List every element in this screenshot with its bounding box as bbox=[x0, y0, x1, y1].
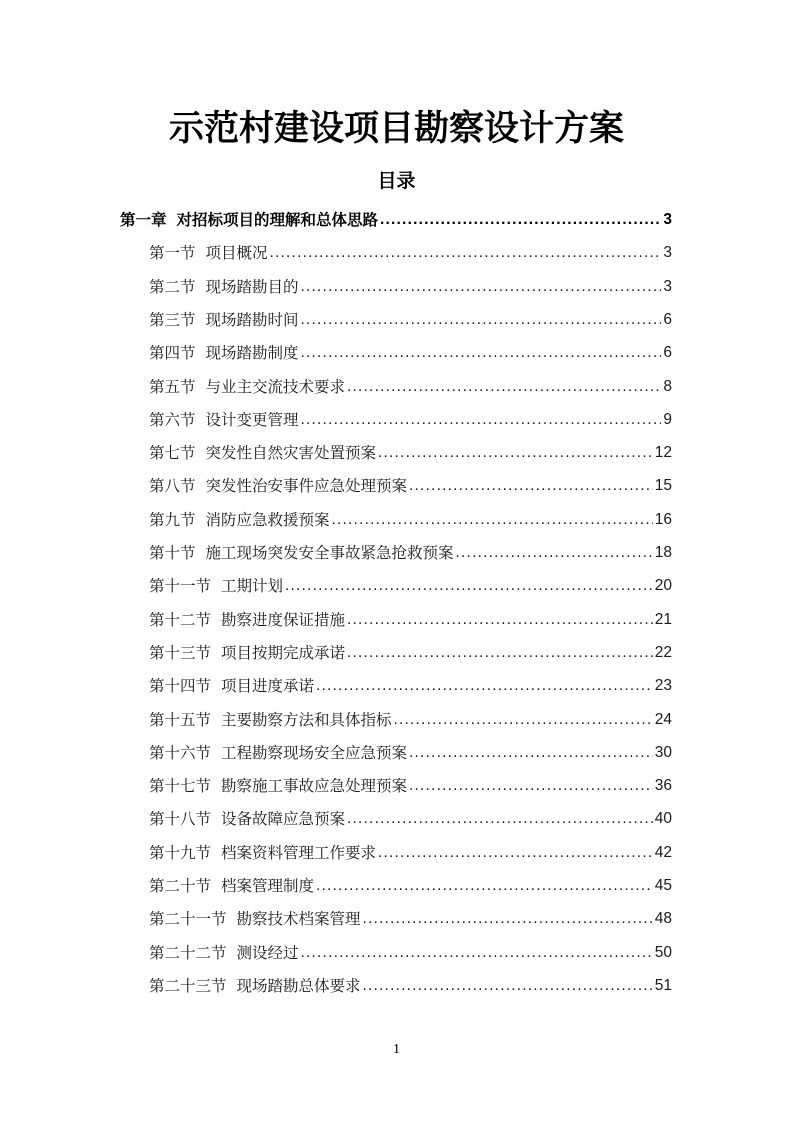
toc-section-number: 第十五节 bbox=[149, 705, 211, 735]
toc-section-entry[interactable]: 第十九节档案资料管理工作要求 42 bbox=[149, 838, 672, 868]
toc-entry-label: 第七节突发性自然灾害处置预案 bbox=[149, 438, 376, 468]
toc-section-number: 第十三节 bbox=[149, 638, 211, 668]
toc-section-number: 第二节 bbox=[149, 272, 196, 302]
toc-page-number: 3 bbox=[663, 238, 672, 268]
toc-section-title: 档案资料管理工作要求 bbox=[221, 844, 376, 862]
toc-entry-label: 第六节设计变更管理 bbox=[149, 405, 299, 435]
toc-section-title: 与业主交流技术要求 bbox=[206, 378, 346, 396]
toc-page-number: 48 bbox=[655, 904, 672, 934]
toc-entry-label: 第一节项目概况 bbox=[149, 238, 268, 268]
toc-section-number: 第十九节 bbox=[149, 838, 211, 868]
toc-dot-leader bbox=[347, 605, 653, 635]
toc-page-number: 22 bbox=[655, 638, 672, 668]
toc-section-title: 勘察进度保证措施 bbox=[221, 611, 345, 629]
toc-section-title: 突发性自然灾害处置预案 bbox=[206, 444, 377, 462]
toc-section-title: 现场踏勘目的 bbox=[206, 278, 299, 296]
toc-section-entry[interactable]: 第二十三节现场踏勘总体要求 51 bbox=[149, 971, 672, 1001]
toc-section-title: 项目进度承诺 bbox=[221, 677, 314, 695]
toc-dot-leader bbox=[301, 305, 662, 335]
toc-section-number: 第十二节 bbox=[149, 605, 211, 635]
toc-page-number: 51 bbox=[655, 971, 672, 1001]
toc-section-title: 勘察施工事故应急处理预案 bbox=[221, 777, 407, 795]
toc-dot-leader bbox=[456, 538, 653, 568]
toc-page-number: 6 bbox=[663, 305, 672, 335]
toc-page-number: 3 bbox=[663, 272, 672, 302]
toc-section-entry[interactable]: 第二节现场踏勘目的 3 bbox=[149, 272, 672, 302]
toc-entry-label: 第一章对招标项目的理解和总体思路 bbox=[120, 205, 378, 235]
toc-dot-leader bbox=[363, 971, 653, 1001]
toc-entry-label: 第二节现场踏勘目的 bbox=[149, 272, 299, 302]
toc-entry-label: 第十五节主要勘察方法和具体指标 bbox=[149, 705, 392, 735]
toc-section-number: 第七节 bbox=[149, 438, 196, 468]
toc-section-title: 项目概况 bbox=[206, 244, 268, 262]
toc-dot-leader bbox=[285, 571, 653, 601]
toc-section-entry[interactable]: 第十四节项目进度承诺 23 bbox=[149, 671, 672, 701]
toc-section-number: 第二十二节 bbox=[149, 938, 227, 968]
toc-heading: 目录 bbox=[0, 166, 793, 196]
toc-chapter-title: 对招标项目的理解和总体思路 bbox=[177, 211, 379, 229]
toc-dot-leader bbox=[378, 838, 653, 868]
toc-section-number: 第十八节 bbox=[149, 804, 211, 834]
toc-section-number: 第十一节 bbox=[149, 571, 211, 601]
toc-page-number: 6 bbox=[663, 338, 672, 368]
toc-dot-leader bbox=[347, 804, 653, 834]
toc-section-number: 第六节 bbox=[149, 405, 196, 435]
toc-entry-label: 第十八节设备故障应急预案 bbox=[149, 804, 345, 834]
toc-section-number: 第三节 bbox=[149, 305, 196, 335]
toc-dot-leader bbox=[409, 471, 653, 501]
toc-section-entry[interactable]: 第四节现场踏勘制度 6 bbox=[149, 338, 672, 368]
toc-section-entry[interactable]: 第九节消防应急救援预案 16 bbox=[149, 505, 672, 535]
toc-entry-label: 第十九节档案资料管理工作要求 bbox=[149, 838, 376, 868]
toc-section-number: 第十六节 bbox=[149, 738, 211, 768]
toc-dot-leader bbox=[347, 638, 653, 668]
toc-section-title: 施工现场突发安全事故紧急抢救预案 bbox=[206, 544, 454, 562]
toc-dot-leader bbox=[347, 372, 661, 402]
document-page: 示范村建设项目勘察设计方案 目录 第一章对招标项目的理解和总体思路 3 第一节项… bbox=[0, 0, 793, 1122]
toc-dot-leader bbox=[332, 505, 653, 535]
toc-dot-leader bbox=[316, 871, 653, 901]
toc-section-entry[interactable]: 第八节突发性治安事件应急处理预案 15 bbox=[149, 471, 672, 501]
toc-section-title: 档案管理制度 bbox=[221, 877, 314, 895]
toc-section-number: 第二十节 bbox=[149, 871, 211, 901]
toc-dot-leader bbox=[270, 238, 662, 268]
toc-section-number: 第二十一节 bbox=[149, 904, 227, 934]
document-title: 示范村建设项目勘察设计方案 bbox=[0, 104, 793, 154]
toc-section-number: 第十四节 bbox=[149, 671, 211, 701]
toc-section-title: 消防应急救援预案 bbox=[206, 511, 330, 529]
toc-section-number: 第四节 bbox=[149, 338, 196, 368]
toc-entry-label: 第八节突发性治安事件应急处理预案 bbox=[149, 471, 407, 501]
toc-section-number: 第二十三节 bbox=[149, 971, 227, 1001]
toc-section-entry[interactable]: 第二十一节勘察技术档案管理 48 bbox=[149, 904, 672, 934]
toc-section-title: 现场踏勘时间 bbox=[206, 311, 299, 329]
toc-page-number: 45 bbox=[655, 871, 672, 901]
toc-section-entry[interactable]: 第三节现场踏勘时间 6 bbox=[149, 305, 672, 335]
toc-entry-label: 第三节现场踏勘时间 bbox=[149, 305, 299, 335]
toc-section-title: 勘察技术档案管理 bbox=[237, 910, 361, 928]
toc-page-number: 3 bbox=[663, 205, 672, 235]
toc-section-title: 现场踏勘制度 bbox=[206, 344, 299, 362]
toc-section-entry[interactable]: 第一节项目概况 3 bbox=[149, 238, 672, 268]
toc-chapter-number: 第一章 bbox=[120, 205, 167, 235]
toc-dot-leader bbox=[363, 904, 653, 934]
toc-section-title: 工程勘察现场安全应急预案 bbox=[221, 744, 407, 762]
toc-entry-label: 第二十一节勘察技术档案管理 bbox=[149, 904, 361, 934]
toc-section-title: 主要勘察方法和具体指标 bbox=[221, 711, 392, 729]
toc-section-number: 第五节 bbox=[149, 372, 196, 402]
toc-section-title: 项目按期完成承诺 bbox=[221, 644, 345, 662]
toc-section-entry[interactable]: 第十五节主要勘察方法和具体指标 24 bbox=[149, 705, 672, 735]
toc-page-number: 8 bbox=[663, 372, 672, 402]
toc-page-number: 15 bbox=[655, 471, 672, 501]
toc-page-number: 23 bbox=[655, 671, 672, 701]
toc-dot-leader bbox=[301, 938, 653, 968]
toc-section-number: 第十七节 bbox=[149, 771, 211, 801]
toc-entry-label: 第十三节项目按期完成承诺 bbox=[149, 638, 345, 668]
toc-dot-leader bbox=[409, 771, 653, 801]
toc-section-entry[interactable]: 第十八节设备故障应急预案 40 bbox=[149, 804, 672, 834]
toc-section-entry[interactable]: 第十一节工期计划 20 bbox=[149, 571, 672, 601]
toc-section-title: 设备故障应急预案 bbox=[221, 810, 345, 828]
toc-page-number: 24 bbox=[655, 705, 672, 735]
toc-entry-label: 第十六节工程勘察现场安全应急预案 bbox=[149, 738, 407, 768]
toc-page-number: 40 bbox=[655, 804, 672, 834]
toc-entry-label: 第二十三节现场踏勘总体要求 bbox=[149, 971, 361, 1001]
toc-page-number: 9 bbox=[663, 405, 672, 435]
toc-chapter-entry[interactable]: 第一章对招标项目的理解和总体思路 3 bbox=[120, 205, 672, 235]
toc-section-number: 第一节 bbox=[149, 238, 196, 268]
toc-entry-label: 第十四节项目进度承诺 bbox=[149, 671, 314, 701]
toc-section-entry[interactable]: 第十二节勘察进度保证措施 21 bbox=[149, 605, 672, 635]
toc-section-title: 测设经过 bbox=[237, 944, 299, 962]
toc-page-number: 16 bbox=[655, 505, 672, 535]
toc-section-entry[interactable]: 第二十二节测设经过 50 bbox=[149, 938, 672, 968]
toc-section-title: 工期计划 bbox=[221, 577, 283, 595]
toc-dot-leader bbox=[301, 405, 662, 435]
toc-page-number: 36 bbox=[655, 771, 672, 801]
toc-entry-label: 第十二节勘察进度保证措施 bbox=[149, 605, 345, 635]
toc-dot-leader bbox=[301, 272, 662, 302]
toc-entry-label: 第二十节档案管理制度 bbox=[149, 871, 314, 901]
toc-dot-leader bbox=[380, 205, 661, 235]
toc-dot-leader bbox=[316, 671, 653, 701]
page-number: 1 bbox=[0, 1042, 793, 1058]
toc-section-entry[interactable]: 第十六节工程勘察现场安全应急预案 30 bbox=[149, 738, 672, 768]
toc-section-number: 第十节 bbox=[149, 538, 196, 568]
toc-section-entry[interactable]: 第六节设计变更管理 9 bbox=[149, 405, 672, 435]
toc-dot-leader bbox=[394, 705, 653, 735]
toc-page-number: 42 bbox=[655, 838, 672, 868]
toc-section-title: 设计变更管理 bbox=[206, 411, 299, 429]
toc-section-title: 突发性治安事件应急处理预案 bbox=[206, 477, 408, 495]
toc-section-entry[interactable]: 第十节施工现场突发安全事故紧急抢救预案 18 bbox=[149, 538, 672, 568]
toc-section-number: 第八节 bbox=[149, 471, 196, 501]
toc-page-number: 21 bbox=[655, 605, 672, 635]
toc-section-entry[interactable]: 第二十节档案管理制度 45 bbox=[149, 871, 672, 901]
toc-entry-label: 第五节与业主交流技术要求 bbox=[149, 372, 345, 402]
toc-entry-label: 第四节现场踏勘制度 bbox=[149, 338, 299, 368]
toc-entry-label: 第十节施工现场突发安全事故紧急抢救预案 bbox=[149, 538, 454, 568]
toc-section-entry[interactable]: 第七节突发性自然灾害处置预案 12 bbox=[149, 438, 672, 468]
toc-page-number: 50 bbox=[655, 938, 672, 968]
toc-section-number: 第九节 bbox=[149, 505, 196, 535]
toc-page-number: 30 bbox=[655, 738, 672, 768]
toc-dot-leader bbox=[378, 438, 653, 468]
toc-page-number: 18 bbox=[655, 538, 672, 568]
toc-section-entry[interactable]: 第五节与业主交流技术要求 8 bbox=[149, 372, 672, 402]
toc-entry-label: 第十七节勘察施工事故应急处理预案 bbox=[149, 771, 407, 801]
toc-entry-label: 第十一节工期计划 bbox=[149, 571, 283, 601]
toc-dot-leader bbox=[301, 338, 662, 368]
toc-section-entry[interactable]: 第十三节项目按期完成承诺 22 bbox=[149, 638, 672, 668]
toc-entry-label: 第九节消防应急救援预案 bbox=[149, 505, 330, 535]
toc-page-number: 12 bbox=[655, 438, 672, 468]
toc-dot-leader bbox=[409, 738, 653, 768]
toc-page-number: 20 bbox=[655, 571, 672, 601]
toc-section-title: 现场踏勘总体要求 bbox=[237, 977, 361, 995]
toc-section-entry[interactable]: 第十七节勘察施工事故应急处理预案 36 bbox=[149, 771, 672, 801]
toc-entry-label: 第二十二节测设经过 bbox=[149, 938, 299, 968]
